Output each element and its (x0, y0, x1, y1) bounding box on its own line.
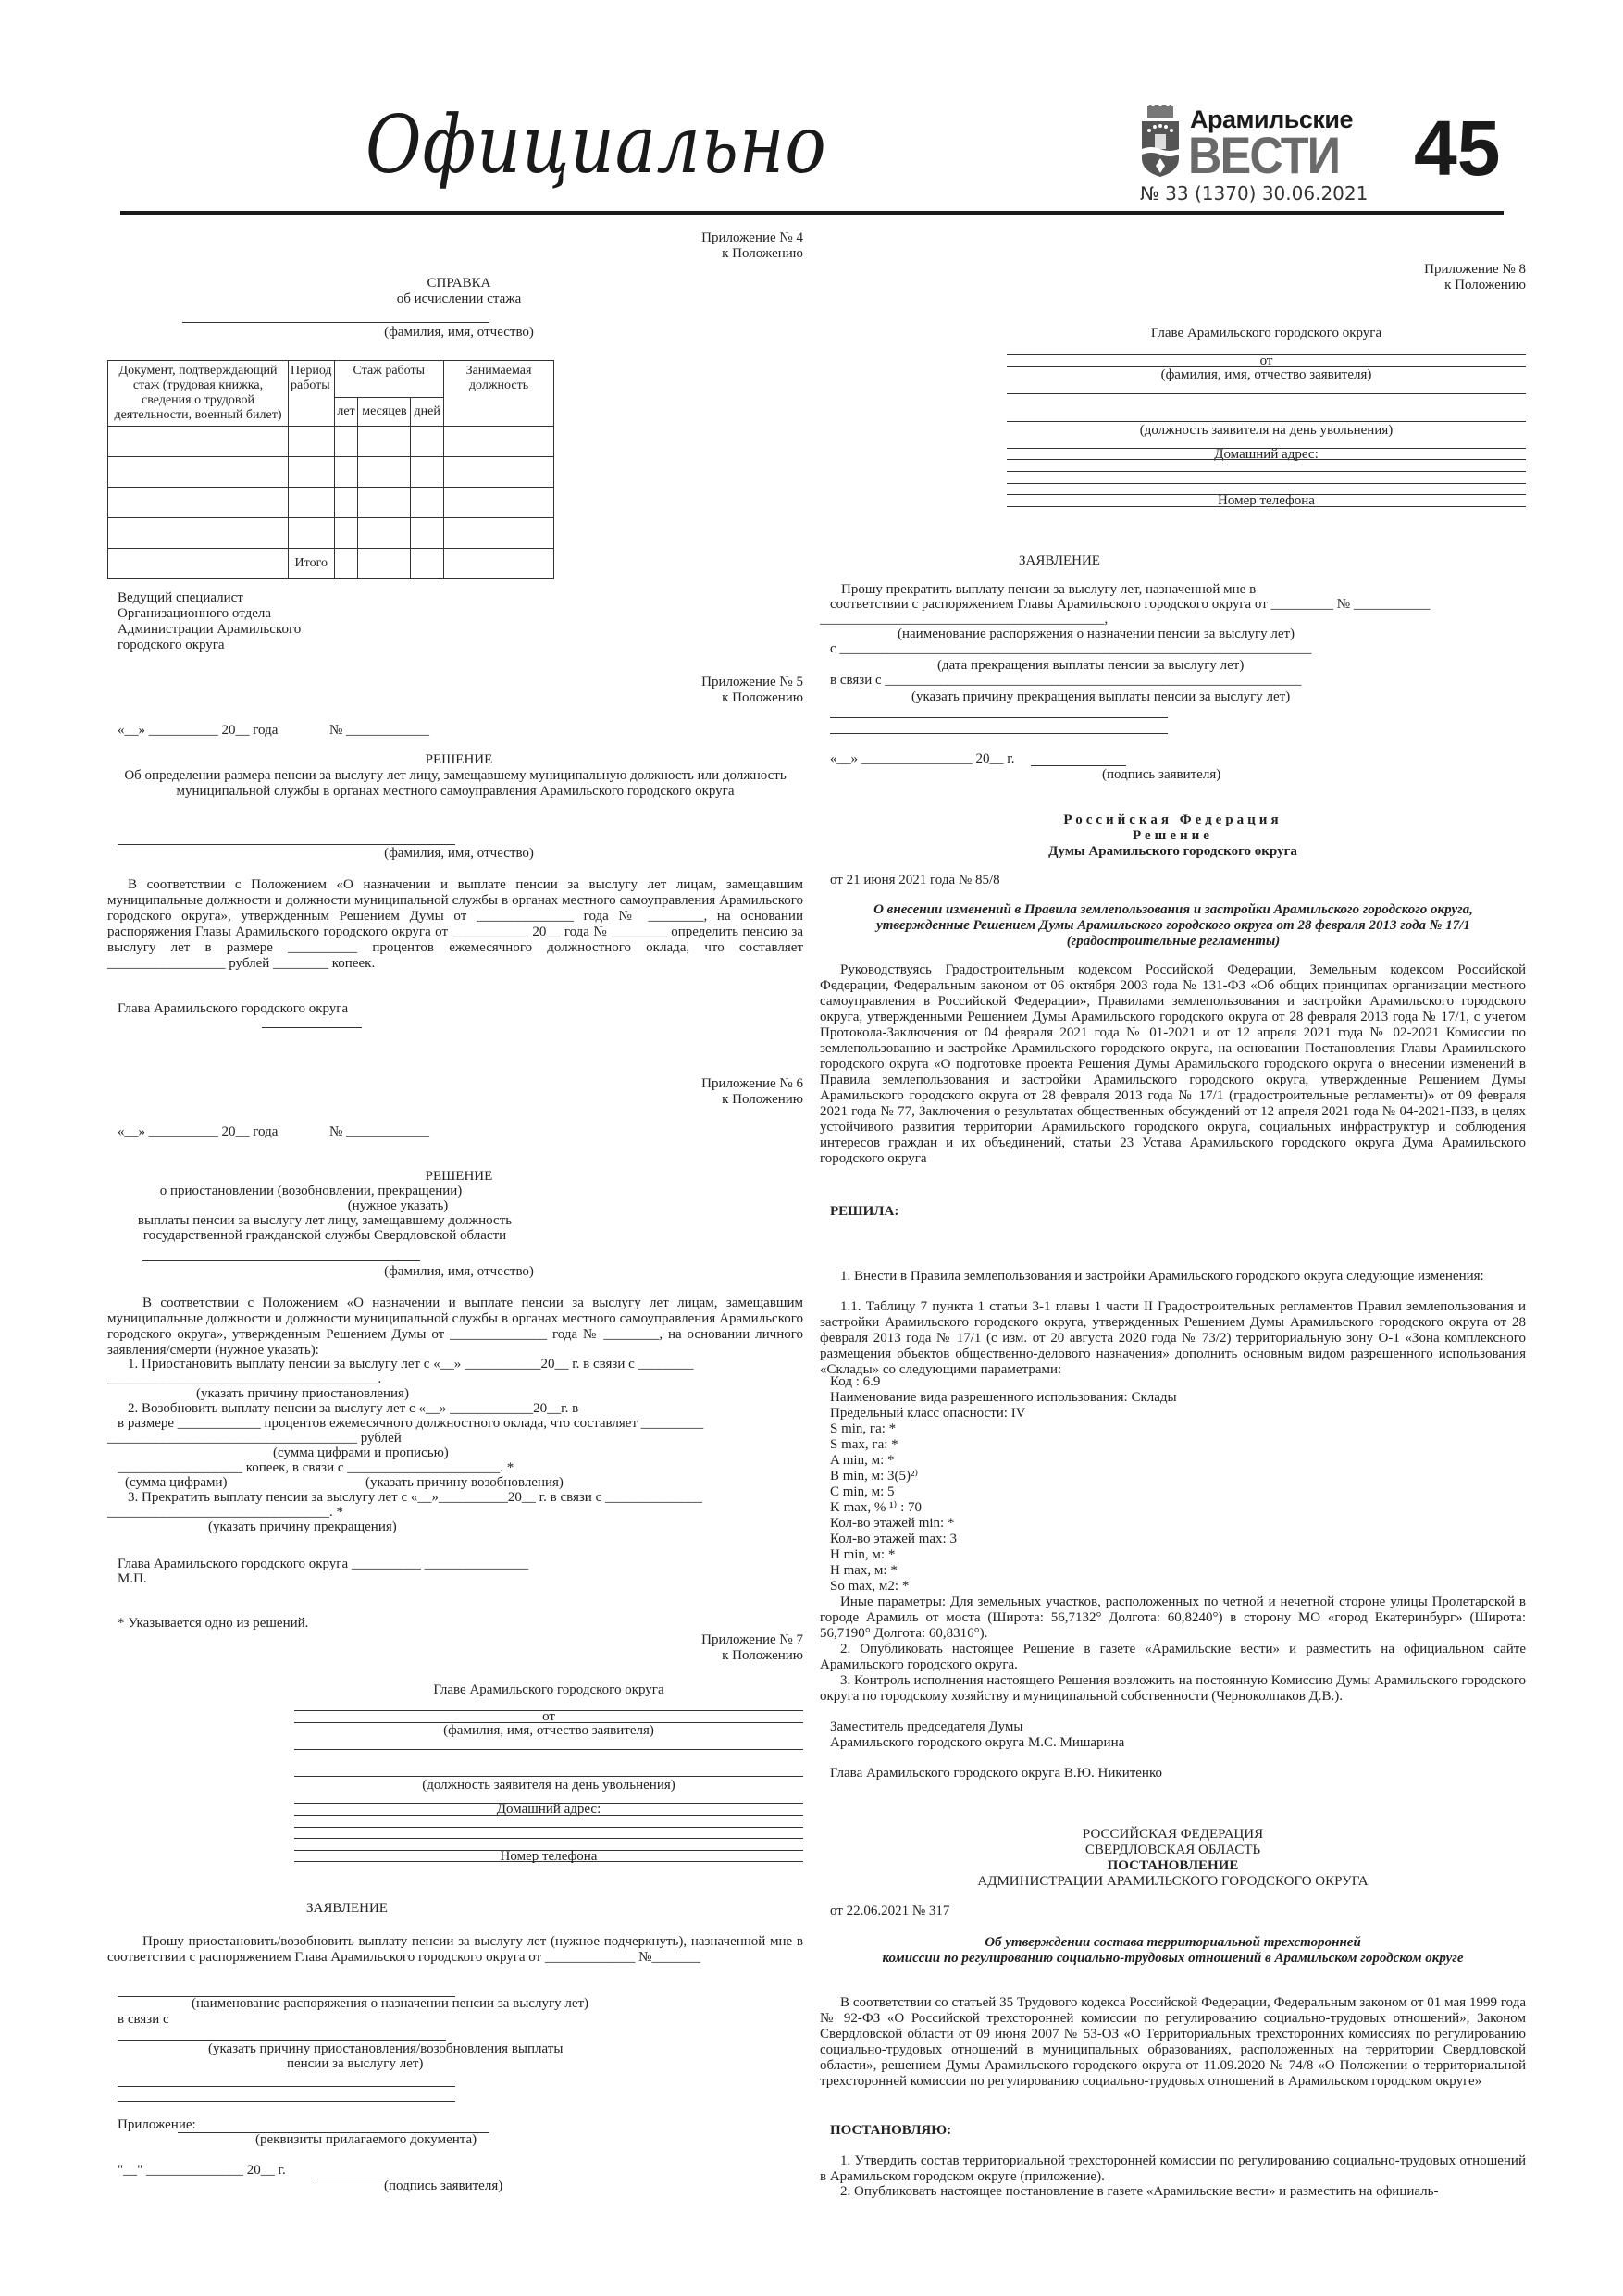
signer-line: Арамильского городского округа М.С. Миша… (830, 1735, 1124, 1751)
app7-signature-caption: (подпись заявителя) (384, 2178, 502, 2194)
app8-order-caption: (наименование распоряжения о назначении … (898, 627, 1295, 642)
coat-of-arms-icon (1140, 105, 1181, 180)
post-heading-2: СВЕРДЛОВСКАЯ ОБЛАСТЬ (820, 1843, 1526, 1858)
param-line: Код : 6.9 (830, 1374, 1177, 1390)
form-line (294, 1749, 803, 1750)
app6-item2-caption-right: (указать причину возобновления) (365, 1475, 564, 1491)
duma-signer1: Заместитель председателя Думы Арамильско… (830, 1719, 1124, 1751)
table-row (108, 488, 554, 518)
table-row-total: Итого (108, 549, 554, 579)
duma-date: от 21 июня 2021 года № 85/8 (830, 873, 1000, 888)
app8-date: «__» ________________ 20__ г. (830, 751, 1014, 767)
app4-title: СПРАВКА (107, 276, 811, 292)
app4-signer: Ведущий специалист Организационного отде… (118, 590, 395, 653)
app5-label-line2: к Положению (555, 690, 803, 706)
post-preamble: В соответствии со статьей 35 Трудового к… (820, 1995, 1526, 2090)
col-position: Занимаемая должность (444, 361, 554, 427)
app6-item2b: в размере ____________ процентов ежемеся… (118, 1416, 803, 1432)
param-line: C min, м: 5 (830, 1484, 1177, 1500)
post-heading-3: ПОСТАНОВЛЕНИЕ (820, 1858, 1526, 1874)
app4-subtitle: об исчислении стажа (107, 292, 811, 307)
app8-reason: в связи с ______________________________… (830, 673, 1301, 689)
app6-item2-caption-left: (сумма цифрами) (125, 1475, 228, 1491)
signer-line: Организационного отдела (118, 606, 395, 622)
param-line: Кол-во этажей max: 3 (830, 1532, 1177, 1547)
signer-line: Заместитель председателя Думы (830, 1719, 1124, 1735)
app6-title: РЕШЕНИЕ (107, 1169, 811, 1185)
col-years: лет (334, 398, 358, 427)
app7-reason-caption2: пенсии за выслугу лет) (287, 2056, 423, 2072)
duma-heading-2: Решение (820, 828, 1526, 844)
app4-fio-line (182, 322, 489, 323)
app5-fio-line (118, 844, 455, 845)
header-divider (120, 211, 1504, 215)
app6-item2d: __________________ копеек, в связи с ___… (118, 1460, 514, 1476)
app8-from-date: с ______________________________________… (830, 641, 1311, 657)
app7-label-line2: к Положению (555, 1648, 803, 1664)
app6-sub4: государственной гражданской службы Сверд… (107, 1228, 542, 1244)
form-line (294, 1838, 803, 1839)
app8-fio-caption: (фамилия, имя, отчество заявителя) (1007, 367, 1526, 383)
duma-p3: 3. Контроль исполнения настоящего Решени… (820, 1673, 1526, 1705)
app6-label-line2: к Положению (555, 1092, 803, 1108)
app6-fio-caption: (фамилия, имя, отчество) (107, 1264, 811, 1280)
form-line (1007, 421, 1526, 422)
form-line (118, 2040, 446, 2041)
form-line (118, 2086, 455, 2087)
form-line (1007, 483, 1526, 484)
app8-body3: ________________________________________… (820, 612, 1108, 627)
app5-body: В соответствии с Положением «О назначени… (107, 877, 803, 972)
app5-number: № ____________ (329, 723, 429, 738)
post-resolve: ПОСТАНОВЛЯЮ: (830, 2123, 951, 2139)
app8-label: Приложение № 8 к Положению (1277, 262, 1526, 293)
app5-title: РЕШЕНИЕ (107, 752, 811, 768)
duma-p11: 1.1. Таблицу 7 пункта 1 статьи 3-1 главы… (820, 1299, 1526, 1378)
param-line: S min, га: * (830, 1421, 1177, 1437)
app6-item1-line: _______________________________________. (107, 1371, 381, 1387)
signer-line: Ведущий специалист (118, 590, 395, 606)
param-line: K max, % ¹⁾ : 70 (830, 1500, 1177, 1516)
app6-body: В соответствии с Положением «О назначени… (107, 1296, 803, 1359)
app4-fio-caption: (фамилия, имя, отчество) (107, 325, 811, 341)
app6-label: Приложение № 6 к Положению (555, 1076, 803, 1108)
col-period: Период работы (289, 361, 335, 427)
duma-heading: Российская Федерация Решение Думы Арамил… (820, 813, 1526, 860)
app8-addressee: Главе Арамильского городского округа (1007, 326, 1526, 341)
duma-p2: 2. Опубликовать настоящее Решение в газе… (820, 1642, 1526, 1673)
signer-line: городского округа (118, 638, 395, 653)
app7-fio-caption: (фамилия, имя, отчество заявителя) (294, 1723, 803, 1739)
app4-label: Приложение № 4 к Положению (555, 230, 803, 262)
signature-line (1031, 765, 1126, 766)
app6-number: № ____________ (329, 1124, 429, 1140)
app8-body2: соответствии с распоряжением Главы Арами… (830, 597, 1430, 613)
duma-signer2: Глава Арамильского городского округа В.Ю… (830, 1766, 1162, 1781)
app5-label-line1: Приложение № 5 (555, 675, 803, 690)
app7-position-caption: (должность заявителя на день увольнения) (294, 1778, 803, 1793)
app8-label-line2: к Положению (1277, 278, 1526, 293)
duma-title: О внесении изменений в Правила землеполь… (825, 902, 1521, 949)
app7-label: Приложение № 7 к Положению (555, 1632, 803, 1664)
col-document: Документ, подтверждающий стаж (трудовая … (108, 361, 289, 427)
app4-label-line2: к Положению (555, 246, 803, 262)
app7-title: ЗАЯВЛЕНИЕ (306, 1901, 388, 1917)
param-line: Предельный класс опасности: IV (830, 1406, 1177, 1421)
app5-signer: Глава Арамильского городского округа (118, 1001, 348, 1017)
duma-preamble: Руководствуясь Градостроительным кодексо… (820, 962, 1526, 1167)
app8-reason-caption: (указать причину прекращения выплаты пен… (911, 689, 1290, 705)
table-row (108, 457, 554, 488)
duma-heading-1: Российская Федерация (820, 813, 1526, 828)
post-title: Об утверждении состава территориальной т… (820, 1935, 1526, 1967)
app7-date: "__" ______________ 20__ г. (118, 2163, 286, 2178)
app7-order-caption: (наименование распоряжения о назначении … (192, 1996, 588, 2012)
app7-attachment-caption: (реквизиты прилагаемого документа) (255, 2132, 477, 2148)
param-line: B min, м: 3(5)²⁾ (830, 1469, 1177, 1484)
section-title: Официально (365, 104, 827, 187)
app5-subtitle: Об определении размера пенсии за выслугу… (107, 768, 803, 800)
app6-fio-line (142, 1260, 420, 1261)
app4-heading: СПРАВКА об исчислении стажа (107, 276, 811, 307)
form-line (1007, 459, 1526, 460)
table-row (108, 518, 554, 549)
total-label: Итого (289, 549, 335, 579)
param-line: H min, м: * (830, 1547, 1177, 1563)
newspaper-name-main: ВЕСТИ (1188, 130, 1339, 181)
app7-reason-label: в связи с (118, 2012, 169, 2028)
app6-item1-caption: (указать причину приостановления) (196, 1386, 409, 1402)
app6-footnote: * Указывается одно из решений. (118, 1616, 308, 1632)
duma-heading-3: Думы Арамильского городского округа (820, 844, 1526, 860)
form-line (294, 1827, 803, 1828)
col-months: месяцев (358, 398, 411, 427)
form-line (1007, 506, 1526, 507)
app6-signer: Глава Арамильского городского округа ___… (118, 1557, 528, 1572)
form-line (1007, 471, 1526, 472)
post-heading: РОССИЙСКАЯ ФЕДЕРАЦИЯ СВЕРДЛОВСКАЯ ОБЛАСТ… (820, 1827, 1526, 1890)
app8-signature-caption: (подпись заявителя) (1102, 767, 1220, 783)
app6-item2-caption: (сумма цифрами и прописью) (273, 1446, 449, 1461)
duma-params: Код : 6.9 Наименование вида разрешенного… (830, 1374, 1177, 1595)
app7-attachment-label: Приложение: (118, 2117, 196, 2133)
post-p1: 1. Утвердить состав территориальной трех… (820, 2153, 1526, 2185)
signer-line: Администрации Арамильского (118, 622, 395, 638)
form-line (1007, 393, 1526, 394)
app8-date-caption: (дата прекращения выплаты пенсии за высл… (937, 658, 1244, 674)
param-line: Наименование вида разрешенного использов… (830, 1390, 1177, 1406)
app8-position-caption: (должность заявителя на день увольнения) (1007, 423, 1526, 439)
app7-label-line1: Приложение № 7 (555, 1632, 803, 1648)
col-stazh: Стаж работы (334, 361, 443, 398)
app6-item1: 1. Приостановить выплату пенсии за выслу… (128, 1357, 803, 1372)
app6-date: «__» __________ 20__ года (118, 1124, 278, 1140)
form-line (294, 1776, 803, 1777)
post-p2: 2. Опубликовать настоящее постановление … (820, 2184, 1526, 2200)
app6-sub1: о приостановлении (возобновлении, прекра… (107, 1184, 514, 1199)
param-line: H max, м: * (830, 1563, 1177, 1579)
app4-label-line1: Приложение № 4 (555, 230, 803, 246)
app7-addressee: Главе Арамильского городского округа (294, 1682, 803, 1698)
app6-item2c: ____________________________________ руб… (107, 1431, 402, 1446)
app7-reason-caption1: (указать причину приостановления/возобно… (208, 2042, 563, 2057)
app6-sub2: (нужное указать) (278, 1198, 518, 1214)
app6-sub3: выплаты пенсии за выслугу лет лицу, заме… (107, 1213, 542, 1229)
param-line: Кол-во этажей min: * (830, 1516, 1177, 1532)
app7-body: Прошу приостановить/возобновить выплату … (107, 1934, 803, 1966)
app6-stamp: М.П. (118, 1571, 147, 1587)
form-line (830, 733, 1168, 734)
app5-fio-caption: (фамилия, имя, отчество) (107, 846, 811, 862)
form-line (118, 2101, 455, 2102)
form-line (830, 717, 1168, 718)
param-line: So max, м2: * (830, 1579, 1177, 1595)
stazh-table: Документ, подтверждающий стаж (трудовая … (107, 360, 554, 579)
duma-other-params: Иные параметры: Для земельных участков, … (820, 1595, 1526, 1642)
duma-resolved: РЕШИЛА: (830, 1204, 898, 1220)
post-title-1: Об утверждении состава территориальной т… (820, 1935, 1526, 1951)
app6-item3-caption: (указать причину прекращения) (208, 1520, 397, 1535)
app6-item3-line: ________________________________. * (107, 1505, 343, 1520)
app5-label: Приложение № 5 к Положению (555, 675, 803, 706)
app8-body1: Прошу прекратить выплату пенсии за выслу… (841, 582, 1256, 598)
duma-p1: 1. Внести в Правила землепользования и з… (820, 1269, 1526, 1285)
param-line: S max, га: * (830, 1437, 1177, 1453)
form-line (294, 1815, 803, 1816)
app5-signature-line (262, 1027, 362, 1028)
post-date: от 22.06.2021 № 317 (830, 1904, 949, 1919)
app8-label-line1: Приложение № 8 (1277, 262, 1526, 278)
issue-number: № 33 (1370) 30.06.2021 (1140, 183, 1368, 204)
form-line (294, 1861, 803, 1862)
table-row (108, 427, 554, 457)
post-title-2: комиссии по регулированию социально-труд… (820, 1951, 1526, 1967)
col-days: дней (411, 398, 444, 427)
app6-item3: 3. Прекратить выплату пенсии за выслугу … (128, 1490, 803, 1506)
param-line: A min, м: * (830, 1453, 1177, 1469)
post-heading-4: АДМИНИСТРАЦИИ АРАМИЛЬСКОГО ГОРОДСКОГО ОК… (820, 1874, 1526, 1890)
app6-label-line1: Приложение № 6 (555, 1076, 803, 1092)
post-heading-1: РОССИЙСКАЯ ФЕДЕРАЦИЯ (820, 1827, 1526, 1843)
page-number: 45 (1414, 109, 1500, 187)
app6-item2: 2. Возобновить выплату пенсии за выслугу… (128, 1401, 578, 1417)
app5-date: «__» __________ 20__ года (118, 723, 278, 738)
app8-title: ЗАЯВЛЕНИЕ (1019, 553, 1100, 569)
